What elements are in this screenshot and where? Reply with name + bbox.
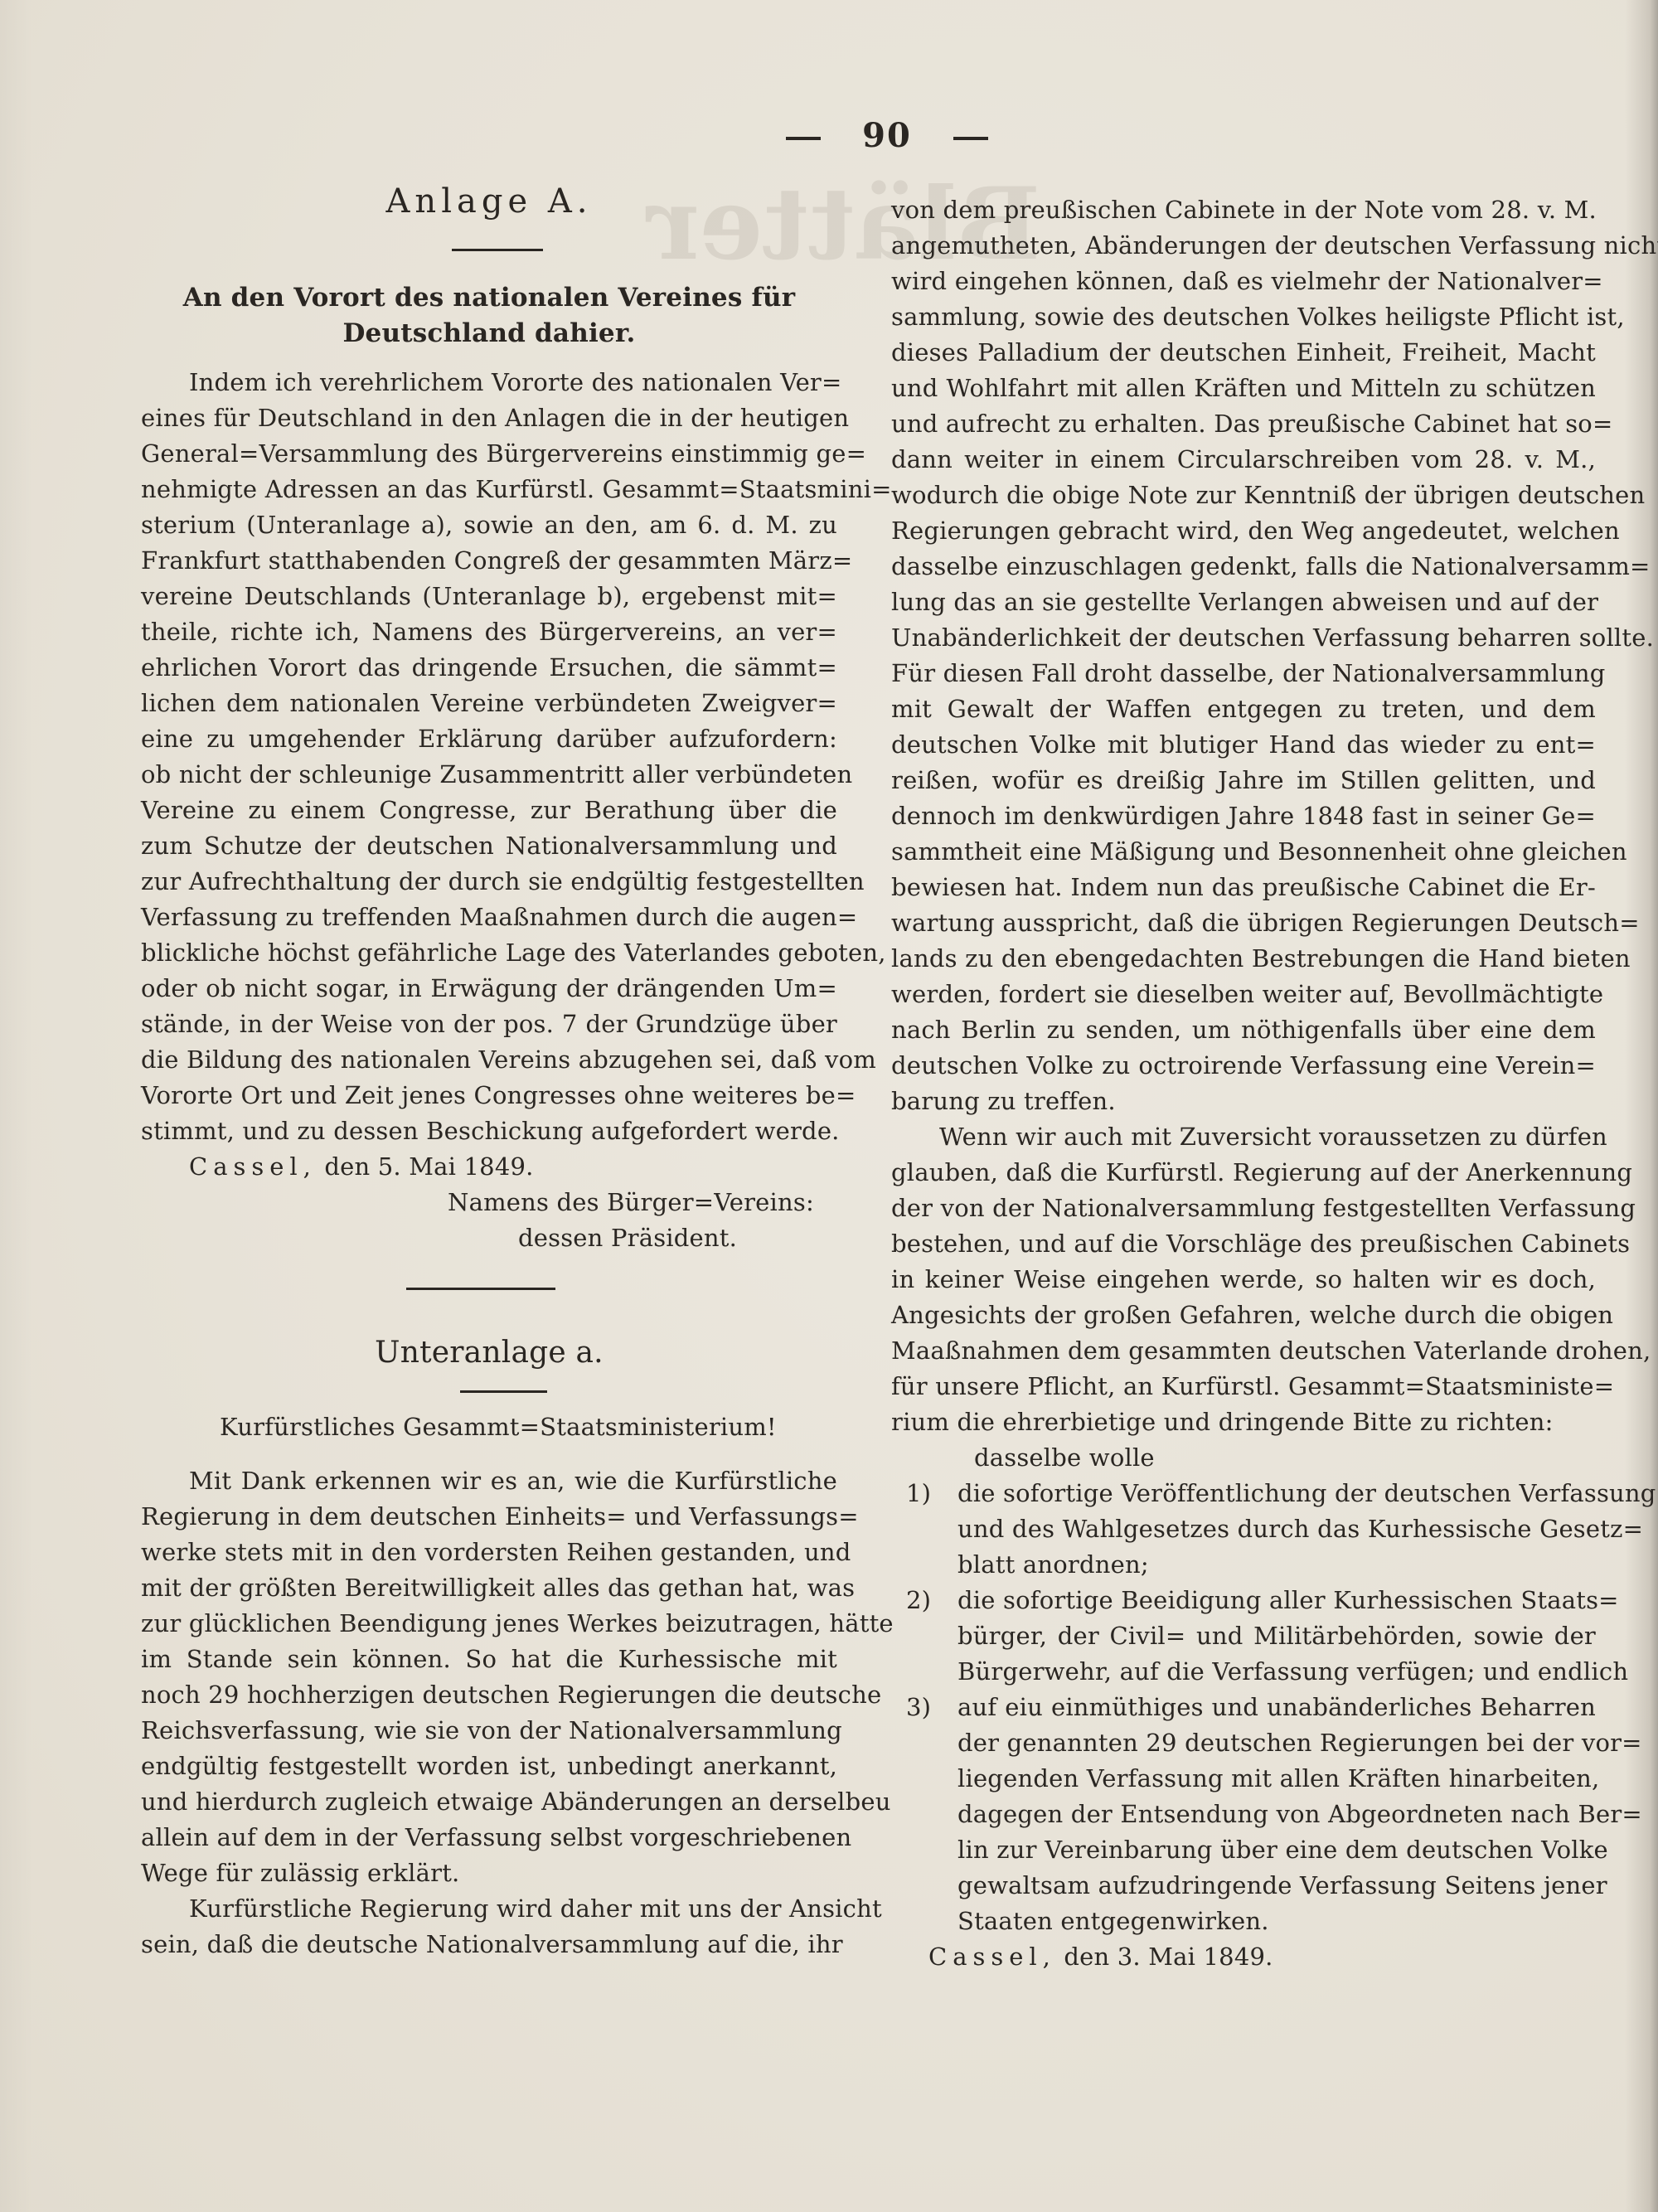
text-line: bestehen, und auf die Vorschläge des pre… <box>891 1226 1596 1262</box>
text-line: der genannten 29 deutschen Regierungen b… <box>891 1725 1596 1761</box>
text-line: wodurch die obige Note zur Kenntniß der … <box>891 478 1596 513</box>
date-line-right: Cassel, den 3. Mai 1849. <box>891 1939 1596 1975</box>
text-line: lichen dem nationalen Vereine verbündete… <box>141 686 837 721</box>
text-line: glauben, daß die Kurfürstl. Regierung au… <box>891 1155 1596 1191</box>
text-line: Mit Dank erkennen wir es an, wie die Kur… <box>141 1463 837 1499</box>
text-line: dieses Palladium der deutschen Einheit, … <box>891 335 1596 371</box>
text-line: bürger, der Civil= und Militärbehörden, … <box>891 1618 1596 1654</box>
text-line: deutschen Volke mit blutiger Hand das wi… <box>891 727 1596 763</box>
text-line: bewiesen hat. Indem nun das preußische C… <box>891 870 1596 905</box>
text-line: angemutheten, Abänderungen der deutschen… <box>891 228 1596 264</box>
text-line: Wenn wir auch mit Zuversicht voraussetze… <box>891 1119 1596 1155</box>
text-line: und Wohlfahrt mit allen Kräften und Mitt… <box>891 371 1596 406</box>
text-line: deutschen Volke zu octroirende Verfassun… <box>891 1048 1596 1084</box>
lead-in: dasselbe wolle <box>891 1440 1596 1476</box>
text-line: sterium (Unteranlage a), sowie an den, a… <box>141 507 837 543</box>
item-text: auf eiu einmüthiges und unabänderliches … <box>957 1693 1596 1721</box>
signature-line-1: Namens des Bürger=Vereins: <box>141 1185 837 1220</box>
text-line: 2)die sofortige Beeidigung aller Kurhess… <box>891 1583 1596 1618</box>
text-line: sammlung, sowie des deutschen Volkes hei… <box>891 299 1596 335</box>
text-line: und aufrecht zu erhalten. Das preußische… <box>891 406 1596 442</box>
document-page: Blätter 90 Anlage A. An den Vorort des n… <box>0 0 1658 2212</box>
text-line: in keiner Weise eingehen werde, so halte… <box>891 1262 1596 1298</box>
text-line: der von der Nationalversammlung festgest… <box>891 1191 1596 1226</box>
text-line: Angesichts der großen Gefahren, welche d… <box>891 1298 1596 1333</box>
dash-right <box>953 137 988 140</box>
date-place: Cassel, <box>189 1152 317 1181</box>
text-line: ehrlichen Vorort das dringende Ersuchen,… <box>141 650 837 686</box>
address-heading-line-1: An den Vorort des nationalen Vereines fü… <box>141 280 837 316</box>
text-line: für unsere Pflicht, an Kurfürstl. Gesamm… <box>891 1369 1596 1404</box>
date-text: den 3. Mai 1849. <box>1064 1943 1273 1971</box>
date-line-left: Cassel, den 5. Mai 1849. <box>141 1149 837 1185</box>
subtitle-rule <box>460 1390 547 1393</box>
text-line: lands zu den ebengedachten Bestrebungen … <box>891 941 1596 977</box>
text-line: Regierungen gebracht wird, den Weg anged… <box>891 513 1596 549</box>
text-line: Indem ich verehrlichem Vororte des natio… <box>141 365 837 400</box>
text-line: wartung ausspricht, daß die übrigen Regi… <box>891 905 1596 941</box>
text-line: ob nicht der schleunige Zusammentritt al… <box>141 757 837 793</box>
text-line: rium die ehrerbietige und dringende Bitt… <box>891 1404 1596 1440</box>
dash-left <box>786 137 821 140</box>
text-line: und des Wahlgesetzes durch das Kurhessis… <box>891 1511 1596 1547</box>
text-line: zur Aufrechthaltung der durch sie endgül… <box>141 864 837 900</box>
signature-line-2: dessen Präsident. <box>141 1220 837 1256</box>
text-line: nehmigte Adressen an das Kurfürstl. Gesa… <box>141 472 837 507</box>
text-line: stimmt, und zu dessen Beschickung aufgef… <box>141 1113 837 1149</box>
text-line: Verfassung zu treffenden Maaßnahmen durc… <box>141 900 837 935</box>
text-line: Staaten entgegenwirken. <box>891 1904 1596 1939</box>
text-line: reißen, wofür es dreißig Jahre im Stille… <box>891 763 1596 798</box>
unteranlage-title: Unteranlage a. <box>141 1335 837 1370</box>
title-rule <box>452 249 543 251</box>
text-line: Frankfurt statthabenden Congreß der gesa… <box>141 543 837 579</box>
text-line: blatt anordnen; <box>891 1547 1596 1583</box>
text-line: eine zu umgehender Erklärung darüber auf… <box>141 721 837 757</box>
text-line: Für diesen Fall droht dasselbe, der Nati… <box>891 656 1596 691</box>
page-number: 90 <box>0 116 1658 155</box>
text-line: Kurfürstliche Regierung wird daher mit u… <box>141 1891 837 1927</box>
text-line: liegenden Verfassung mit allen Kräften h… <box>891 1761 1596 1797</box>
item-text: die sofortige Beeidigung aller Kurhessis… <box>957 1586 1619 1614</box>
text-line: wird eingehen können, daß es vielmehr de… <box>891 264 1596 299</box>
address-heading-line-2: Deutschland dahier. <box>141 316 837 352</box>
item-number: 3) <box>906 1690 931 1725</box>
item-number: 1) <box>906 1476 931 1511</box>
text-line: stände, in der Weise von der pos. 7 der … <box>141 1007 837 1042</box>
anlage-title: Anlage A. <box>141 184 837 220</box>
text-line: General=Versammlung des Bürgervereins ei… <box>141 436 837 472</box>
text-line: theile, richte ich, Namens des Bürgerver… <box>141 614 837 650</box>
date-text: den 5. Mai 1849. <box>324 1152 533 1181</box>
text-line: von dem preußischen Cabinete in der Note… <box>891 192 1596 228</box>
text-line: nach Berlin zu senden, um nöthigenfalls … <box>891 1012 1596 1048</box>
item-number: 2) <box>906 1583 931 1618</box>
text-line: 3)auf eiu einmüthiges und unabänderliche… <box>891 1690 1596 1725</box>
text-line: Vereine zu einem Congresse, zur Berathun… <box>141 793 837 828</box>
text-line: dagegen der Entsendung von Abgeordneten … <box>891 1797 1596 1832</box>
text-line: mit der größten Bereitwilligkeit alles d… <box>141 1570 837 1606</box>
text-line: zum Schutze der deutschen Nationalversam… <box>141 828 837 864</box>
text-line: Maaßnahmen dem gesammten deutschen Vater… <box>891 1333 1596 1369</box>
text-line: Vororte Ort und Zeit jenes Congresses oh… <box>141 1078 837 1113</box>
text-line: vereine Deutschlands (Unteranlage b), er… <box>141 579 837 614</box>
text-line: blickliche höchst gefährliche Lage des V… <box>141 935 837 971</box>
text-line: lin zur Vereinbarung über eine dem deuts… <box>891 1832 1596 1868</box>
text-line: 1)die sofortige Veröffentlichung der deu… <box>891 1476 1596 1511</box>
text-line: Unabänderlichkeit der deutschen Verfassu… <box>891 620 1596 656</box>
text-line: barung zu treffen. <box>891 1084 1596 1119</box>
text-line: endgültig festgestellt worden ist, unbed… <box>141 1749 837 1784</box>
text-line: dann weiter in einem Circularschreiben v… <box>891 442 1596 478</box>
text-line: Reichsverfassung, wie sie von der Nation… <box>141 1713 837 1749</box>
text-line: sein, daß die deutsche Nationalversammlu… <box>141 1927 837 1962</box>
text-line: Bürgerwehr, auf die Verfassung verfügen;… <box>891 1654 1596 1690</box>
item-text: die sofortige Veröffentlichung der deuts… <box>957 1479 1656 1507</box>
text-line: noch 29 hochherzigen deutschen Regierung… <box>141 1677 837 1713</box>
text-line: zur glücklichen Beendigung jenes Werkes … <box>141 1606 837 1642</box>
text-line: dennoch im denkwürdigen Jahre 1848 fast … <box>891 798 1596 834</box>
text-line: im Stande sein können. So hat die Kurhes… <box>141 1642 837 1677</box>
text-line: lung das an sie gestellte Verlangen abwe… <box>891 585 1596 620</box>
text-line: und hierdurch zugleich etwaige Abänderun… <box>141 1784 837 1820</box>
text-line: Wege für zulässig erklärt. <box>141 1855 837 1891</box>
text-line: gewaltsam aufzudringende Verfassung Seit… <box>891 1868 1596 1904</box>
text-line: oder ob nicht sogar, in Erwägung der drä… <box>141 971 837 1007</box>
text-line: mit Gewalt der Waffen entgegen zu treten… <box>891 691 1596 727</box>
text-line: eines für Deutschland in den Anlagen die… <box>141 400 837 436</box>
text-line: allein auf dem in der Verfassung selbst … <box>141 1820 837 1855</box>
text-line: sammtheit eine Mäßigung und Besonnenheit… <box>891 834 1596 870</box>
text-line: werden, fordert sie dieselben weiter auf… <box>891 977 1596 1012</box>
salutation: Kurfürstliches Gesammt=Staatsministerium… <box>141 1409 837 1445</box>
date-place: Cassel, <box>928 1943 1056 1971</box>
page-number-value: 90 <box>862 116 912 155</box>
text-line: die Bildung des nationalen Vereins abzug… <box>141 1042 837 1078</box>
section-divider <box>406 1288 555 1290</box>
text-line: dasselbe einzuschlagen gedenkt, falls di… <box>891 549 1596 585</box>
text-line: werke stets mit in den vordersten Reihen… <box>141 1535 837 1570</box>
text-line: Regierung in dem deutschen Einheits= und… <box>141 1499 837 1535</box>
